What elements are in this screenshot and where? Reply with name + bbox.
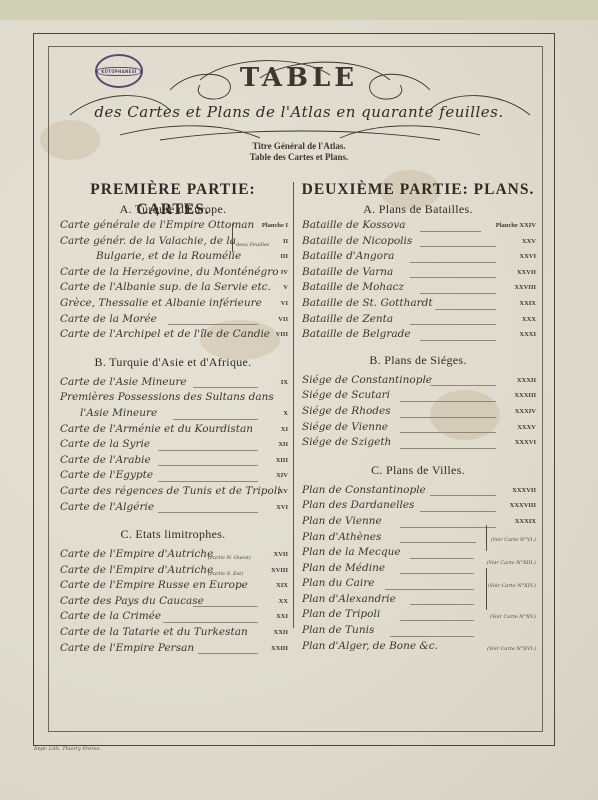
leader-rule [410, 262, 496, 263]
column-divider [293, 182, 294, 628]
entry-name: Siége de Rhodes [302, 404, 391, 420]
section-title: C. Etats limitrophes. [58, 525, 288, 543]
entry-name: Bataille de Zenta [302, 312, 393, 328]
plate-number: XXXIII [514, 388, 536, 404]
toc-entry[interactable]: Plan d'Athènes(Voir Carte N°VI.) [300, 530, 536, 546]
part-one-cartes: PREMIÈRE PARTIE: CARTES. A. Turquie d'Eu… [58, 180, 288, 656]
plate-number: XXXVIII [510, 498, 536, 514]
entry-name: Premières Possessions des Sultans dans [60, 390, 274, 406]
leader-rule [390, 636, 474, 637]
plate-number: XXIX [519, 296, 536, 312]
toc-entry[interactable]: Plan d'Alger, de Bone &c.(Voir Carte N°X… [300, 639, 536, 655]
entry-name: Bulgarie, et de la Roumélie [96, 249, 241, 265]
toc-entry[interactable]: Bataille de KossovaPlanche XXIV [300, 218, 536, 234]
entry-name: Bataille de Varna [302, 265, 393, 281]
leader-rule [400, 432, 496, 433]
plate-number: XXI [276, 609, 288, 625]
entry-name: Carte de l'Archipel et de l'île de Candi… [60, 327, 270, 343]
toc-entry[interactable]: Plan des DardanellesXXXVIII [300, 498, 536, 514]
plate-number: XIV [276, 468, 288, 484]
toc-entry[interactable]: Plan de ConstantinopleXXXVII [300, 483, 536, 499]
toc-entry[interactable]: Siége de SzigethXXXVI [300, 435, 536, 451]
leader-rule [420, 231, 481, 232]
plate-number: VI [281, 296, 288, 312]
entry-name: Carte de la Crimée [60, 609, 161, 625]
entry-name: Siége de Scutari [302, 388, 390, 404]
section-title: B. Plans de Siéges. [300, 351, 536, 369]
leader-rule [400, 527, 496, 528]
plate-number: XXVI [519, 249, 536, 265]
toc-entry[interactable]: l'Asie MineureX [58, 406, 288, 422]
entry-name: Carte de la Morée [60, 312, 157, 328]
entry-name: Plan de Tripoli [302, 607, 380, 623]
toc-entry[interactable]: Bataille de BelgradeXXXI [300, 327, 536, 343]
leader-rule [420, 246, 496, 247]
plate-number: XI [281, 422, 288, 438]
leader-rule [410, 604, 474, 605]
plate-number: II [283, 234, 288, 250]
toc-entry[interactable]: Carte de la SyrieXII [58, 437, 288, 453]
plate-number: X [283, 406, 288, 422]
entry-name: Plan de la Mecque [302, 545, 401, 561]
plate-number: XXXVII [512, 483, 536, 499]
entry-note: (Voir Carte N°XIII.) [487, 556, 536, 572]
toc-entry[interactable]: Carte de l'ArabieXIII [58, 453, 288, 469]
plate-number: XXXI [519, 327, 536, 343]
leader-rule [420, 293, 496, 294]
entry-name: Plan d'Athènes [302, 530, 381, 546]
toc-entry[interactable]: Carte de la MoréeVII [58, 312, 288, 328]
part-title: PREMIÈRE PARTIE: CARTES. [58, 180, 288, 200]
toc-entry[interactable]: Plan de Médine(Voir Carte N°XIII.) [300, 561, 536, 577]
leader-rule [420, 340, 496, 341]
brace [486, 525, 487, 551]
leader-rule [420, 511, 496, 512]
toc-entry[interactable]: Carte de l'EgypteXIV [58, 468, 288, 484]
entry-name: Siége de Constantinople [302, 373, 432, 389]
entry-name: Grèce, Thessalie et Albanie inférieure [60, 296, 262, 312]
leader-rule [400, 448, 496, 449]
entry-name: Carte générale de l'Empire Ottoman [60, 218, 254, 234]
entry-name: Siége de Szigeth [302, 435, 391, 451]
entry-name: Carte de l'Empire d'Autriche [60, 547, 213, 563]
toc-entry[interactable]: Grèce, Thessalie et Albanie inférieureVI [58, 296, 288, 312]
plate-number: XXXVI [515, 435, 536, 451]
plate-number: XXVII [517, 265, 536, 281]
toc-entry[interactable]: Carte de l'Asie MineureIX [58, 375, 288, 391]
plate-number: XIX [276, 578, 288, 594]
toc-entry[interactable]: Carte de l'Empire d'Autriche(Partie S. E… [58, 563, 288, 579]
part-title: DEUXIÈME PARTIE: PLANS. [300, 180, 536, 200]
plate-number: Planche XXIV [496, 218, 536, 234]
entry-name: Siége de Vienne [302, 420, 388, 436]
entry-name: Bataille de Mohacz [302, 280, 404, 296]
plate-number: Planche I [262, 218, 288, 234]
plate-number: VIII [276, 327, 288, 343]
imprint: Impr. Lith. Thierry Frères. [34, 746, 101, 752]
leader-rule [163, 622, 258, 623]
toc-entry[interactable]: Bataille de VarnaXXVII [300, 265, 536, 281]
entry-name: Carte de l'Arabie [60, 453, 151, 469]
toc-entry[interactable]: Siége de RhodesXXXIV [300, 404, 536, 420]
toc-entry[interactable]: Carte de l'Archipel et de l'île de Candi… [58, 327, 288, 343]
leader-rule [410, 277, 496, 278]
entry-name: Carte des Pays du Caucase [60, 594, 204, 610]
plate-number: IX [281, 375, 288, 391]
plate-number: XVI [276, 500, 288, 516]
entry-name: Carte de l'Asie Mineure [60, 375, 187, 391]
table-line: Table des Cartes et Plans. [0, 152, 598, 162]
plate-number: III [280, 249, 288, 265]
entry-name: Carte de l'Algérie [60, 500, 154, 516]
leader-rule [400, 401, 496, 402]
toc-entry[interactable]: Carte de l'Empire Russe en EuropeXIX [58, 578, 288, 594]
brace [232, 224, 233, 252]
toc-entry[interactable]: Carte générale de l'Empire OttomanPlanch… [58, 218, 288, 234]
entry-name: Carte de l'Empire d'Autriche [60, 563, 213, 579]
plate-number: XVIII [271, 563, 288, 579]
general-title-line: Titre Général de l'Atlas. [0, 141, 598, 151]
plate-number: XXX [522, 312, 536, 328]
leader-rule [198, 653, 258, 654]
brace [486, 568, 487, 610]
section-title: A. Plans de Batailles. [300, 200, 536, 218]
top-edge [0, 0, 598, 22]
toc-entry[interactable]: Plan du Caire(Voir Carte N°XIV.) [300, 576, 536, 592]
entry-name: Plan du Caire [302, 576, 375, 592]
page-title: TABLE [0, 63, 598, 93]
toc-entry[interactable]: Carte de l'Empire d'Autriche(Partie N. O… [58, 547, 288, 563]
plate-number: XXV [522, 234, 536, 250]
toc-entry[interactable]: Bataille de ZentaXXX [300, 312, 536, 328]
plate-number: XVII [274, 547, 288, 563]
entry-name: Carte de l'Empire Persan [60, 641, 194, 657]
entry-name: Plan des Dardanelles [302, 498, 414, 514]
plate-number: XXXII [517, 373, 536, 389]
toc-entry[interactable]: Carte de la CriméeXXI [58, 609, 288, 625]
toc-entry[interactable]: Carte de l'Empire PersanXXIII [58, 641, 288, 657]
page-subtitle: des Cartes et Plans de l'Atlas en quaran… [0, 103, 598, 121]
toc-entry[interactable]: Carte génér. de la Valachie, de ladeux F… [58, 234, 288, 250]
leader-rule [168, 324, 258, 325]
leader-rule [173, 419, 258, 420]
leader-rule [158, 450, 258, 451]
toc-entry[interactable]: Bulgarie, et de la RoumélieIII [58, 249, 288, 265]
toc-entry[interactable]: Carte de l'AlgérieXVI [58, 500, 288, 516]
leader-rule [435, 309, 496, 310]
plate-number: XXXIX [515, 514, 536, 530]
leader-rule [400, 542, 476, 543]
entry-name: Plan de Médine [302, 561, 385, 577]
leader-rule [158, 465, 258, 466]
toc-entry[interactable]: Plan de VienneXXXIX [300, 514, 536, 530]
plate-number: XXII [274, 625, 288, 641]
toc-entry[interactable]: Plan de Tripoli(Voir Carte N°XV.) [300, 607, 536, 623]
plate-number: XX [279, 594, 288, 610]
entry-note: (Voir Carte N°XVI.) [487, 642, 536, 658]
part-two-plans: DEUXIÈME PARTIE: PLANS. A. Plans de Bata… [300, 180, 536, 654]
plate-number: XXXIV [515, 404, 536, 420]
entry-name: Carte des régences de Tunis et de Tripol… [60, 484, 281, 500]
plate-number: V [283, 280, 288, 296]
leader-rule [430, 495, 496, 496]
plate-number: XV [279, 484, 288, 500]
plate-number: XXXV [517, 420, 536, 436]
entry-name: Carte de la Tatarie et du Turkestan [60, 625, 248, 641]
plate-number: XII [278, 437, 288, 453]
leader-rule [158, 481, 258, 482]
entry-name: l'Asie Mineure [80, 406, 157, 422]
toc-entry[interactable]: Bataille de MohaczXXVIII [300, 280, 536, 296]
toc-entry[interactable]: Siége de ConstantinopleXXXII [300, 373, 536, 389]
leader-rule [193, 387, 258, 388]
toc-entry[interactable]: Bataille de St. GotthardtXXIX [300, 296, 536, 312]
entry-name: Carte de la Syrie [60, 437, 150, 453]
entry-name: Carte de la Herzégovine, du Monténégro [60, 265, 279, 281]
entry-name: Plan de Constantinople [302, 483, 426, 499]
plate-number: XIII [276, 453, 288, 469]
plate-number: IV [281, 265, 288, 281]
toc-entry[interactable]: Carte de la Tatarie et du TurkestanXXII [58, 625, 288, 641]
plate-number: VII [278, 312, 288, 328]
leader-rule [400, 417, 496, 418]
toc-entry[interactable]: Carte des régences de Tunis et de Tripol… [58, 484, 288, 500]
leader-rule [400, 620, 474, 621]
toc-entry[interactable]: Carte des Pays du CaucaseXX [58, 594, 288, 610]
leader-rule [410, 324, 496, 325]
toc-entry[interactable]: Carte de l'Arménie et du KourdistanXI [58, 422, 288, 438]
toc-entry[interactable]: Bataille de NicopolisXXV [300, 234, 536, 250]
toc-entry[interactable]: Siége de ScutariXXXIII [300, 388, 536, 404]
entry-name: Carte génér. de la Valachie, de la [60, 234, 236, 250]
leader-rule [400, 573, 474, 574]
entry-name: Plan de Tunis [302, 623, 374, 639]
entry-name: Bataille de Nicopolis [302, 234, 412, 250]
section-title: B. Turquie d'Asie et d'Afrique. [58, 353, 288, 371]
entry-name: Bataille de Belgrade [302, 327, 411, 343]
plate-number: XXIII [271, 641, 288, 657]
entry-name: Carte de l'Arménie et du Kourdistan [60, 422, 253, 438]
entry-name: Bataille d'Angora [302, 249, 394, 265]
leader-rule [193, 606, 258, 607]
toc-entry[interactable]: Premières Possessions des Sultans dans [58, 390, 288, 406]
entry-name: Carte de l'Albanie sup. de la Servie etc… [60, 280, 271, 296]
entry-name: Plan de Vienne [302, 514, 382, 530]
entry-name: Carte de l'Empire Russe en Europe [60, 578, 248, 594]
plate-number: XXVIII [514, 280, 536, 296]
section-title: C. Plans de Villes. [300, 461, 536, 479]
toc-entry[interactable]: Carte de la Herzégovine, du MonténégroIV [58, 265, 288, 281]
leader-rule [158, 512, 258, 513]
entry-name: Plan d'Alexandrie [302, 592, 396, 608]
leader-rule [410, 558, 474, 559]
toc-entry[interactable]: Bataille d'AngoraXXVI [300, 249, 536, 265]
toc-entry[interactable]: Plan de Tunis [300, 623, 536, 639]
toc-entry[interactable]: Siége de VienneXXXV [300, 420, 536, 436]
section-title: A. Turquie d'Europe. [58, 200, 288, 218]
entry-name: Bataille de Kossova [302, 218, 406, 234]
leader-rule [385, 589, 474, 590]
toc-entry[interactable]: Plan d'Alexandrie [300, 592, 536, 608]
entry-name: Plan d'Alger, de Bone &c. [302, 639, 438, 655]
entry-name: Carte de l'Egypte [60, 468, 153, 484]
entry-name: Bataille de St. Gotthardt [302, 296, 433, 312]
leader-rule [430, 385, 496, 386]
toc-entry[interactable]: Carte de l'Albanie sup. de la Servie etc… [58, 280, 288, 296]
